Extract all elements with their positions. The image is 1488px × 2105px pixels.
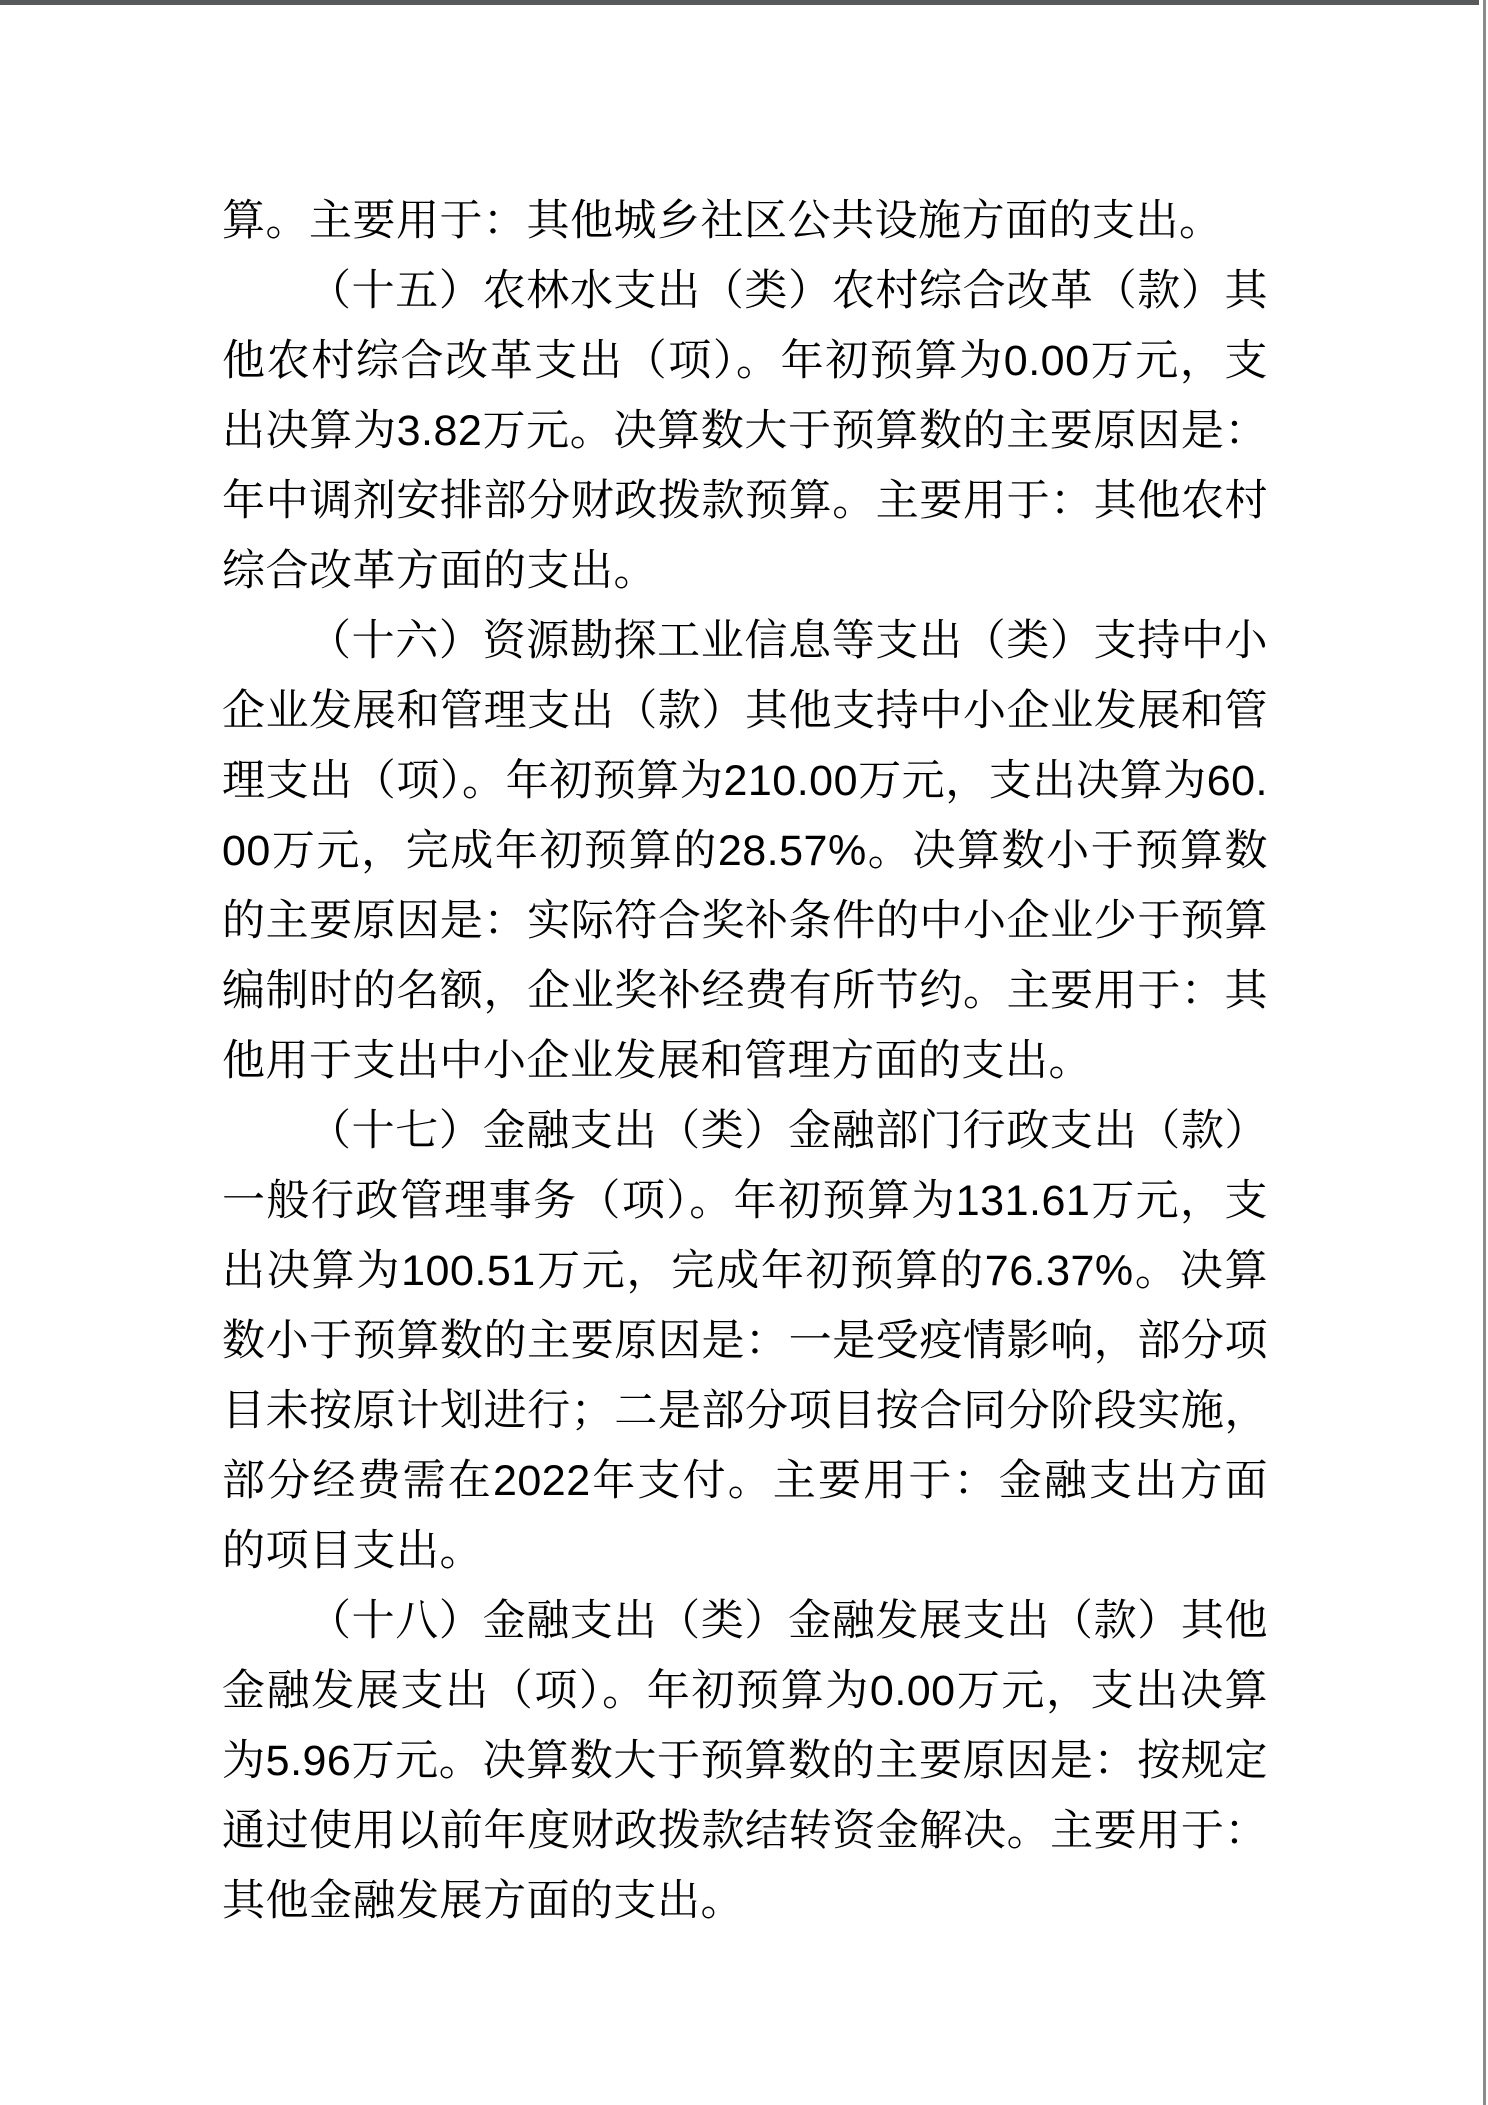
page-right-edge-line <box>1483 0 1486 2105</box>
document-page: 算。主要用于：其他城乡社区公共设施方面的支出。 （十五）农林水支出（类）农村综合… <box>222 186 1268 1936</box>
paragraph-item-15: （十五）农林水支出（类）农村综合改革（款）其他农村综合改革支出（项）。年初预算为… <box>222 256 1268 606</box>
top-edge-bar <box>0 0 1479 5</box>
paragraph-item-18: （十八）金融支出（类）金融发展支出（款）其他金融发展支出（项）。年初预算为0.0… <box>222 1586 1268 1936</box>
paragraph-continuation: 算。主要用于：其他城乡社区公共设施方面的支出。 <box>222 186 1268 256</box>
paragraph-item-17: （十七）金融支出（类）金融部门行政支出（款）一般行政管理事务（项）。年初预算为1… <box>222 1096 1268 1586</box>
paragraph-item-16: （十六）资源勘探工业信息等支出（类）支持中小企业发展和管理支出（款）其他支持中小… <box>222 606 1268 1096</box>
